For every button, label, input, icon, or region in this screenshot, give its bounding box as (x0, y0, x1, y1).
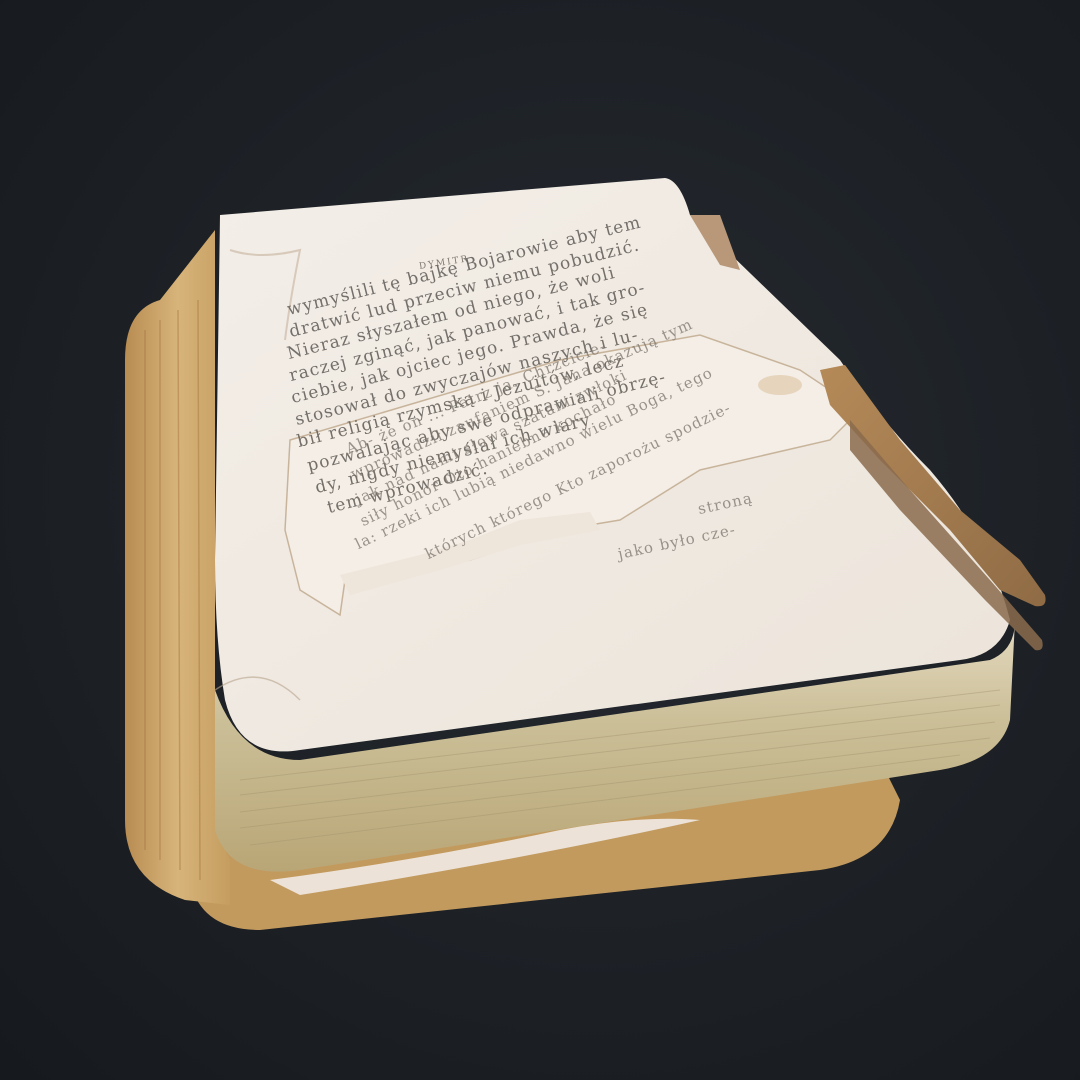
old-book-illustration (0, 0, 1080, 1080)
book-render-scene: DYMITR wymyślili tę bajkę Bojarowie aby … (0, 0, 1080, 1080)
